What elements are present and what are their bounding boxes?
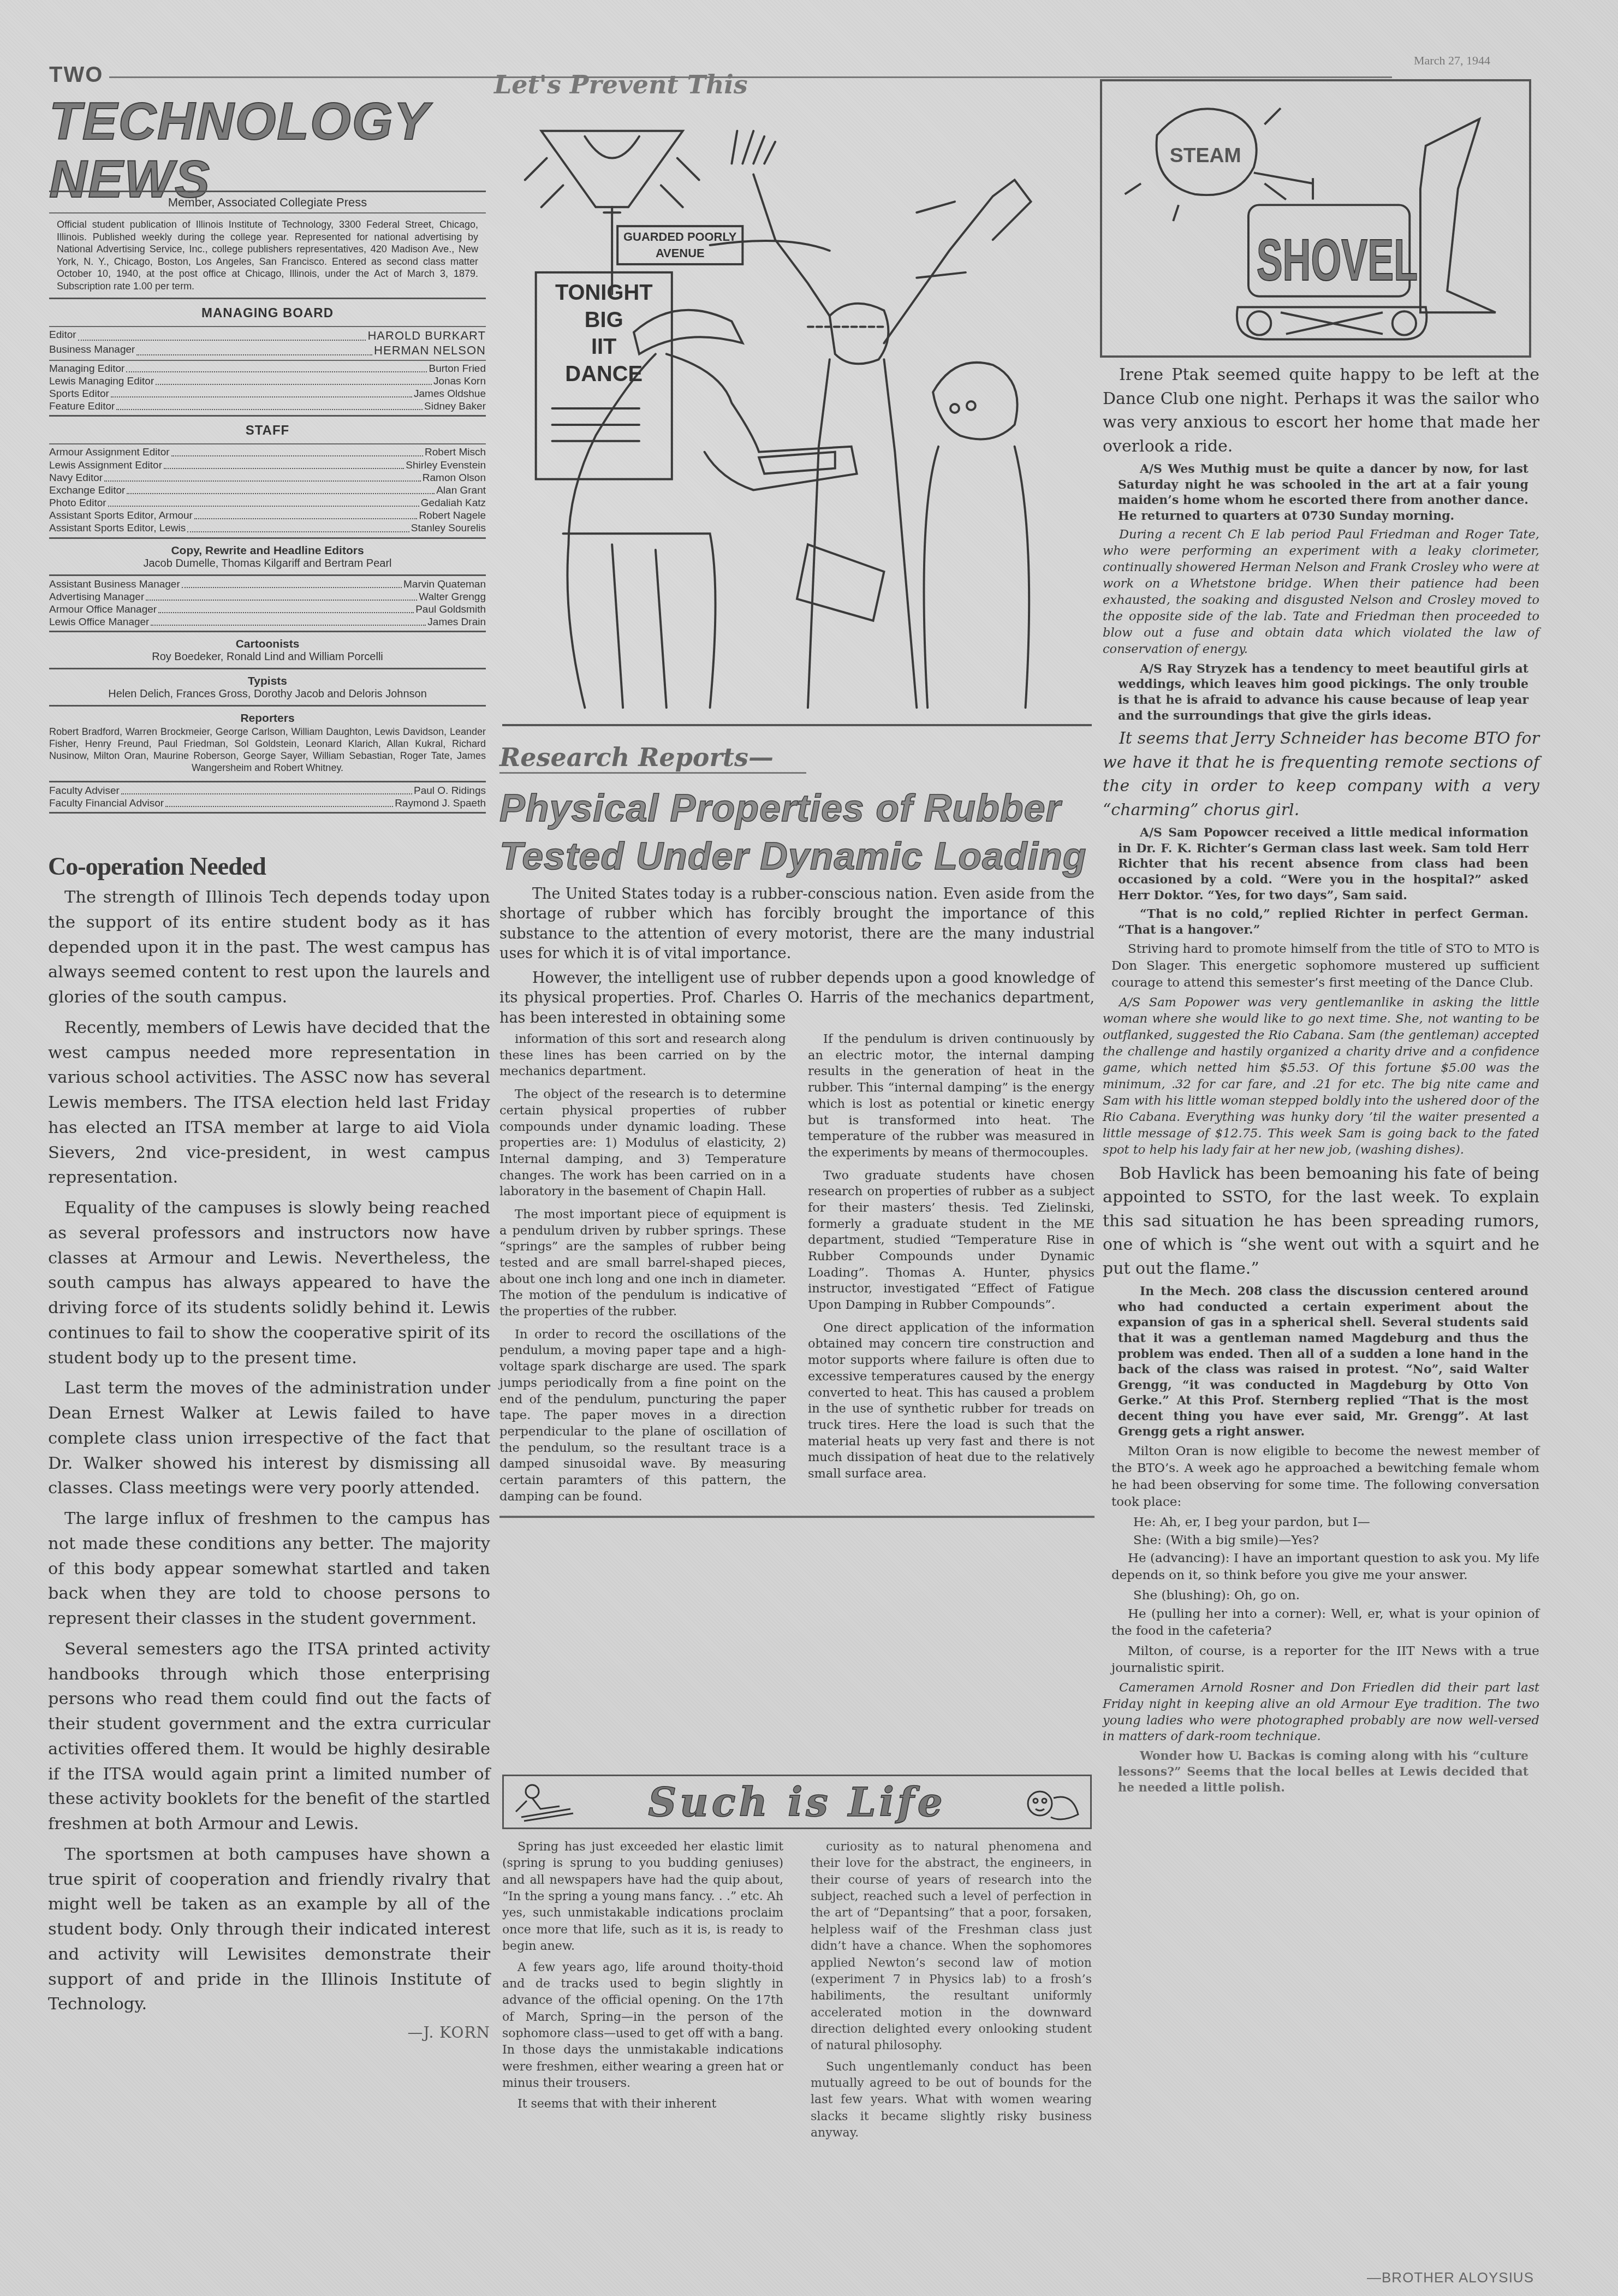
such-is-life-paragraph: Such ungentlemanly conduct has been mutu… (811, 2059, 1092, 2142)
staff-row: Armour Office ManagerPaul Goldsmith (49, 603, 486, 616)
staff-name: James Oldshue (414, 388, 486, 400)
staff-name: HERMAN NELSON (374, 343, 486, 358)
research-body-columns: information of this sort and research al… (499, 1031, 1094, 1511)
research-paragraph: information of this sort and research al… (499, 1031, 786, 1080)
research-paragraph: If the pendulum is driven continuously b… (808, 1031, 1094, 1161)
staff-role: Navy Editor (49, 472, 103, 484)
staff-list: Armour Assignment EditorRobert MischLewi… (49, 446, 486, 535)
staff-name: Marvin Quateman (403, 578, 486, 591)
divider (49, 574, 486, 576)
divider (49, 212, 486, 213)
gossip-item: He (pulling her into a corner): Well, er… (1103, 1606, 1539, 1640)
research-paragraph: The object of the research is to determi… (499, 1087, 786, 1200)
business-staff-list: Assistant Business ManagerMarvin Quatema… (49, 578, 486, 629)
research-paragraph: One direct application of the informatio… (808, 1320, 1094, 1482)
research-paragraph: Two graduate students have chosen resear… (808, 1168, 1094, 1314)
cartoonists-title: Cartoonists (49, 636, 486, 651)
staff-row: Exchange EditorAlan Grant (49, 484, 486, 497)
staff-role: Sports Editor (49, 388, 109, 400)
leader-dots (136, 343, 372, 355)
gossip-item: It seems that Jerry Schneider has become… (1103, 727, 1539, 822)
research-headline-line1: Physical Properties of Rubber (499, 785, 1094, 833)
typists-block: Typists Helen Delich, Frances Gross, Dor… (49, 672, 486, 703)
divider (49, 326, 486, 327)
staff-role: Assistant Sports Editor, Armour (49, 509, 193, 522)
cartoonists-block: Cartoonists Roy Boedeker, Ronald Lind an… (49, 634, 486, 666)
issue-date: March 27, 1944 (1414, 54, 1490, 68)
svg-text:SHOVEL: SHOVEL (1257, 227, 1418, 293)
staff-row: Faculty Financial AdvisorRaymond J. Spae… (49, 797, 486, 810)
editorial-paragraph: The strength of Illinois Tech depends to… (48, 885, 490, 1010)
cartoon-face-icon (1013, 1782, 1084, 1825)
copy-editors-title: Copy, Rewrite and Headline Editors (49, 542, 486, 557)
gossip-item: A/S Sam Popower was very gentlemanlike i… (1103, 995, 1539, 1158)
staff-name: Gedaliah Katz (421, 497, 486, 509)
gossip-item: He (advancing): I have an important ques… (1103, 1550, 1539, 1584)
publication-info: Official student publication of Illinois… (49, 215, 486, 295)
reporters-block: Reporters Robert Bradford, Warren Brockm… (49, 709, 486, 779)
gossip-item: Milton Oran is now eligible to become th… (1103, 1443, 1539, 1511)
gossip-item: Wonder how U. Backas is coming along wit… (1103, 1748, 1539, 1795)
svg-text:BIG: BIG (585, 308, 623, 332)
leader-dots (165, 797, 393, 807)
staff-role: Business Manager (49, 343, 135, 358)
staff-row: Assistant Business ManagerMarvin Quatema… (49, 578, 486, 591)
staff-name: Burton Fried (429, 363, 486, 375)
staff-name: Raymond J. Spaeth (395, 797, 486, 810)
staff-box: Member, Associated Collegiate Press Offi… (49, 188, 486, 816)
leader-dots (146, 591, 417, 601)
managing-board-title: MANAGING BOARD (49, 301, 486, 324)
staff-name: Sidney Baker (424, 400, 486, 413)
staff-role: Advertising Manager (49, 591, 144, 603)
typists-title: Typists (49, 673, 486, 688)
such-is-life-paragraph: Spring has just exceeded her elastic lim… (502, 1839, 783, 1955)
staff-row: Assistant Sports Editor, ArmourRobert Na… (49, 509, 486, 522)
staff-role: Faculty Financial Advisor (49, 797, 164, 810)
leader-dots (111, 388, 412, 398)
newspaper-page: TWO March 27, 1944 Technology News Membe… (0, 0, 1618, 2296)
editorial-paragraph: Several semesters ago the ITSA printed a… (48, 1637, 490, 1837)
managing-board-editors: Managing EditorBurton FriedLewis Managin… (49, 363, 486, 413)
research-lede: The United States today is a rubber-cons… (499, 885, 1094, 1028)
staff-name: James Drain (427, 616, 486, 628)
staff-row: Lewis Office ManagerJames Drain (49, 616, 486, 628)
svg-text:GUARDED POORLY: GUARDED POORLY (623, 230, 737, 244)
gossip-item: Irene Ptak seemed quite happy to be left… (1103, 363, 1539, 458)
gossip-item: Milton, of course, is a reporter for the… (1103, 1643, 1539, 1677)
reporters-names: Robert Bradford, Warren Brockmeier, Geor… (49, 725, 486, 776)
research-lede-paragraph: The United States today is a rubber-cons… (499, 885, 1094, 964)
leader-dots (194, 509, 418, 519)
staff-title: STAFF (49, 419, 486, 442)
gossip-item: A/S Ray Stryzek has a tendency to meet b… (1103, 661, 1539, 723)
leader-dots (78, 329, 366, 341)
staff-row: Managing EditorBurton Fried (49, 363, 486, 375)
cartoonists-names: Roy Boedeker, Ronald Lind and William Po… (49, 651, 486, 663)
divider (49, 812, 486, 814)
staff-name: Stanley Sourelis (411, 522, 486, 535)
such-is-life-paragraph: A few years ago, life around thoity-thoi… (502, 1960, 783, 2092)
leader-dots (127, 484, 435, 494)
editorial-paragraph: The large influx of freshmen to the camp… (48, 1506, 490, 1631)
such-is-life-title: Such is Life (648, 1779, 945, 1825)
leader-dots (187, 522, 409, 532)
staff-row: Photo EditorGedaliah Katz (49, 497, 486, 509)
such-is-life-column: Such is Life Spring has just exceeded he… (502, 1775, 1092, 2146)
staff-row: Lewis Assignment EditorShirley Evenstein (49, 459, 486, 472)
staff-name: Robert Misch (425, 446, 486, 459)
cartoon-caption: Let's Prevent This (494, 70, 748, 99)
editorial-paragraph: Equality of the campuses is slowly being… (48, 1196, 490, 1371)
divider (49, 781, 486, 782)
staff-role: Lewis Assignment Editor (49, 459, 162, 472)
staff-role: Faculty Adviser (49, 785, 120, 797)
staff-role: Lewis Managing Editor (49, 375, 154, 388)
cartoon-illustration-icon: GUARDED POORLY AVENUE TONIGHT BIG IIT DA… (502, 98, 1092, 724)
staff-row: Advertising ManagerWalter Grengg (49, 591, 486, 603)
editorial-cartoon: GUARDED POORLY AVENUE TONIGHT BIG IIT DA… (502, 98, 1092, 726)
staff-role: Assistant Sports Editor, Lewis (49, 522, 186, 535)
leader-dots (116, 400, 423, 410)
svg-text:DANCE: DANCE (565, 362, 643, 386)
svg-text:STEAM: STEAM (1170, 144, 1241, 167)
staff-name: Ramon Olson (423, 472, 486, 484)
managing-board-top: EditorHAROLD BURKARTBusiness ManagerHERM… (49, 329, 486, 358)
staff-role: Managing Editor (49, 363, 124, 375)
page-number-label: TWO (49, 63, 103, 87)
divider (49, 537, 486, 539)
divider (49, 298, 486, 299)
gossip-item: He: Ah, er, I beg your pardon, but I— (1103, 1514, 1539, 1531)
svg-text:TONIGHT: TONIGHT (555, 281, 653, 305)
editorial-byline: —J. KORN (48, 2024, 490, 2042)
staff-role: Photo Editor (49, 497, 106, 509)
staff-name: Robert Nagele (419, 509, 486, 522)
steam-shovel-logo-icon: STEAM SHOVEL (1102, 81, 1529, 355)
divider (49, 668, 486, 669)
staff-role: Feature Editor (49, 400, 115, 413)
research-kicker: Research Reports— (499, 743, 806, 774)
editorial-paragraph: Last term the moves of the administratio… (48, 1376, 490, 1501)
staff-role: Lewis Office Manager (49, 616, 149, 628)
staff-role: Armour Assignment Editor (49, 446, 170, 459)
research-column-2: If the pendulum is driven continuously b… (808, 1031, 1094, 1511)
editorial-paragraph: The sportsmen at both campuses have show… (48, 1842, 490, 2017)
svg-text:AVENUE: AVENUE (656, 246, 705, 260)
research-headline-line2: Tested Under Dynamic Loading (499, 833, 1094, 881)
steam-shovel-logo-box: STEAM SHOVEL (1100, 79, 1531, 358)
gossip-item: Cameramen Arnold Rosner and Don Friedlen… (1103, 1680, 1539, 1746)
staff-name: Paul O. Ridings (414, 785, 486, 797)
faculty-list: Faculty AdviserPaul O. RidingsFaculty Fi… (49, 785, 486, 810)
steam-shovel-gossip-column: Irene Ptak seemed quite happy to be left… (1103, 363, 1539, 1799)
gossip-item: She (blushing): Oh, go on. (1103, 1587, 1539, 1604)
staff-row: Assistant Sports Editor, LewisStanley So… (49, 522, 486, 535)
typists-names: Helen Delich, Frances Gross, Dorothy Jac… (49, 688, 486, 701)
leader-dots (156, 375, 432, 385)
staff-row: Armour Assignment EditorRobert Misch (49, 446, 486, 459)
header-rule (109, 76, 1392, 78)
staff-name: Paul Goldsmith (415, 603, 486, 616)
such-is-life-body: Spring has just exceeded her elastic lim… (502, 1839, 1092, 2146)
gossip-item: Striving hard to promote himself from th… (1103, 941, 1539, 992)
divider (49, 443, 486, 444)
leader-dots (164, 459, 404, 469)
editorial-body: The strength of Illinois Tech depends to… (48, 885, 490, 2017)
gossip-item: Bob Havlick has been bemoaning his fate … (1103, 1162, 1539, 1281)
staff-row: Feature EditorSidney Baker (49, 400, 486, 413)
staff-row: EditorHAROLD BURKART (49, 329, 486, 343)
editorial-headline: Co-operation Needed (48, 852, 490, 881)
staff-name: Jonas Korn (433, 375, 486, 388)
leader-dots (121, 785, 412, 794)
gossip-item: “That is no cold,” replied Richter in pe… (1103, 906, 1539, 938)
such-is-life-banner: Such is Life (502, 1775, 1092, 1829)
staff-name: Shirley Evenstein (406, 459, 486, 472)
gossip-item: She: (With a big smile)—Yes? (1103, 1532, 1539, 1549)
divider (49, 360, 486, 361)
staff-row: Business ManagerHERMAN NELSON (49, 343, 486, 358)
staff-row: Lewis Managing EditorJonas Korn (49, 375, 486, 388)
leader-dots (182, 578, 402, 588)
gossip-item: In the Mech. 208 class the discussion ce… (1103, 1284, 1539, 1440)
staff-row: Faculty AdviserPaul O. Ridings (49, 785, 486, 797)
leader-dots (108, 497, 419, 507)
staff-name: HAROLD BURKART (367, 329, 486, 343)
gossip-item: A/S Wes Muthig must be quite a dancer by… (1103, 461, 1539, 524)
leader-dots (126, 363, 427, 372)
divider (49, 705, 486, 707)
editorial-paragraph: Recently, members of Lewis have decided … (48, 1016, 490, 1190)
staff-name: Alan Grant (436, 484, 486, 497)
divider (49, 415, 486, 417)
research-paragraph: The most important piece of equipment is… (499, 1207, 786, 1320)
copy-editors-block: Copy, Rewrite and Headline Editors Jacob… (49, 541, 486, 572)
svg-text:IIT: IIT (591, 335, 617, 359)
research-lede-paragraph: However, the intelligent use of rubber d… (499, 969, 1094, 1028)
divider (499, 1516, 1094, 1518)
editorial-article: Co-operation Needed The strength of Illi… (48, 852, 490, 2042)
staff-row: Sports EditorJames Oldshue (49, 388, 486, 400)
copy-editors-names: Jacob Dumelle, Thomas Kilgariff and Bert… (49, 557, 486, 570)
gossip-signoff: —BROTHER ALOYSIUS (1103, 2269, 1534, 2286)
leader-dots (158, 603, 414, 613)
divider (49, 191, 486, 192)
press-membership: Member, Associated Collegiate Press (49, 194, 486, 211)
research-paragraph: In order to record the oscillations of t… (499, 1327, 786, 1505)
reporters-title: Reporters (49, 710, 486, 725)
leader-dots (151, 616, 426, 626)
leader-dots (104, 472, 421, 482)
sliding-figure-icon (510, 1782, 581, 1825)
gossip-item: During a recent Ch E lab period Paul Fri… (1103, 527, 1539, 657)
staff-role: Assistant Business Manager (49, 578, 180, 591)
staff-role: Exchange Editor (49, 484, 125, 497)
research-article: Research Reports— Physical Properties of… (499, 743, 1094, 1518)
staff-role: Armour Office Manager (49, 603, 157, 616)
such-is-life-column-2: curiosity as to natural phenomena and th… (811, 1839, 1092, 2146)
leader-dots (171, 446, 423, 456)
staff-role: Editor (49, 329, 76, 343)
such-is-life-paragraph: It seems that with their inherent (502, 2096, 783, 2113)
staff-row: Navy EditorRamon Olson (49, 472, 486, 484)
such-is-life-paragraph: curiosity as to natural phenomena and th… (811, 1839, 1092, 2055)
divider (49, 631, 486, 632)
such-is-life-column-1: Spring has just exceeded her elastic lim… (502, 1839, 783, 2146)
research-column-1: information of this sort and research al… (499, 1031, 786, 1511)
staff-name: Walter Grengg (419, 591, 486, 603)
gossip-item: A/S Sam Popowcer received a little medic… (1103, 825, 1539, 903)
